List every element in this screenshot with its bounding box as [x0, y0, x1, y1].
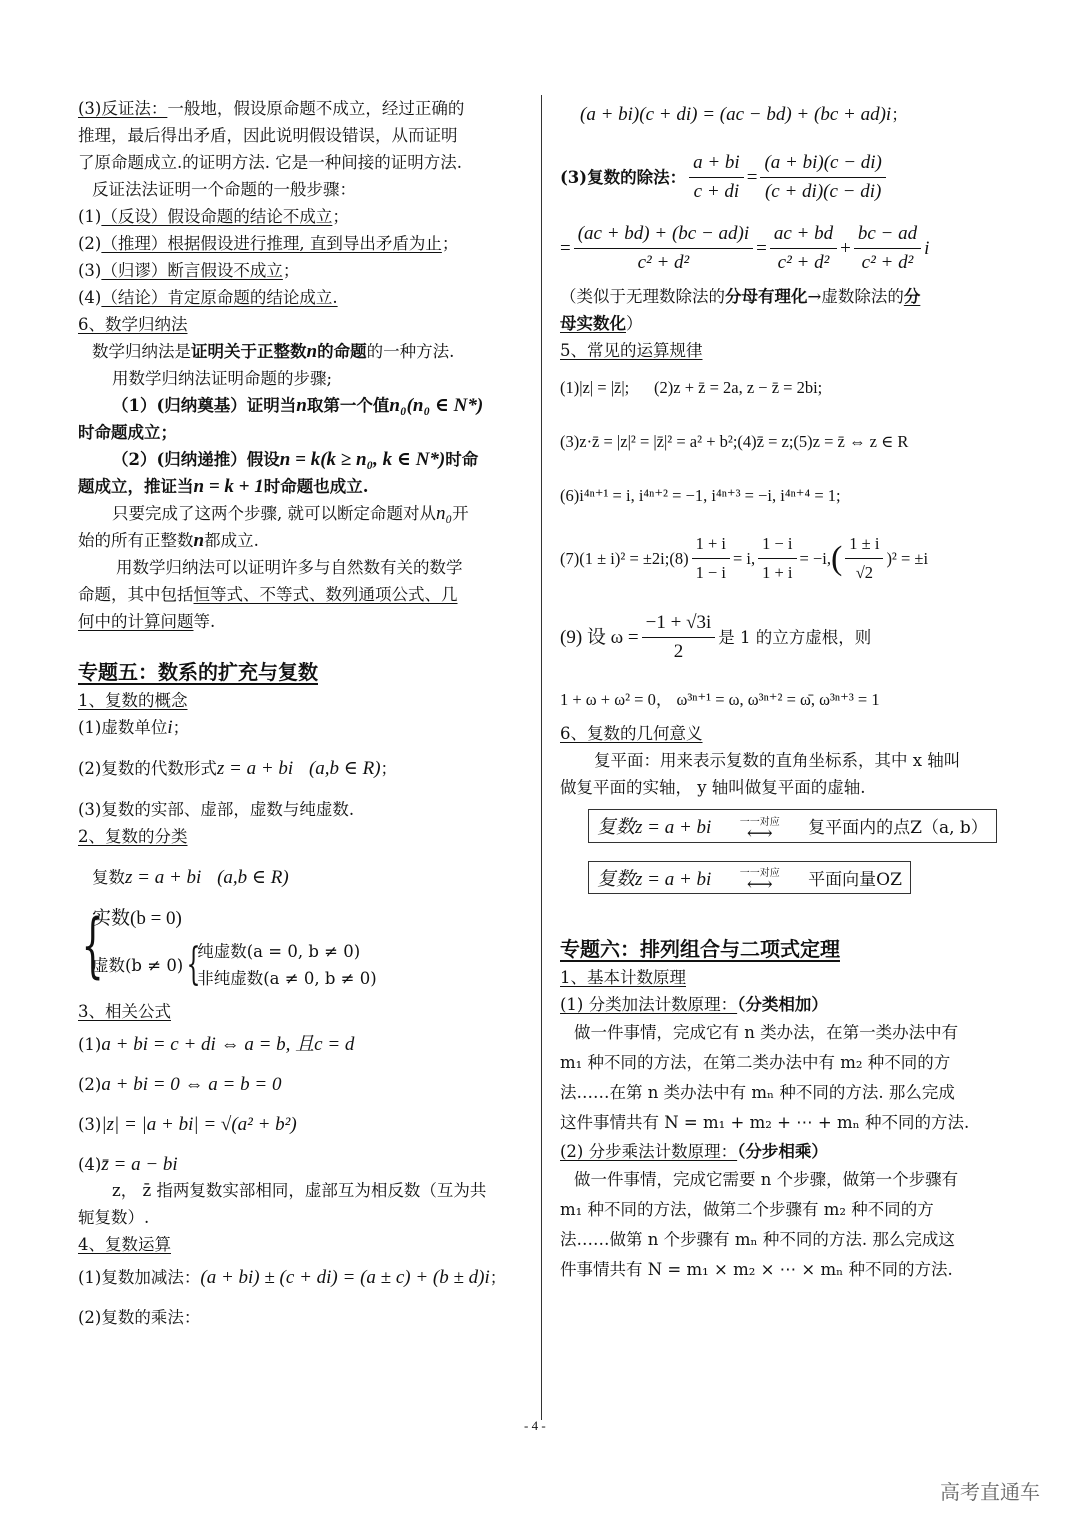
text: 虚数除法的: [821, 287, 904, 306]
text-line: 复平面：用来表示复数的直角坐标系，其中 x 轴叫: [560, 747, 1010, 774]
operation-mult-label: (2)复数的乘法：: [78, 1298, 526, 1338]
step-num: (3): [78, 261, 101, 280]
rule-6: (6)i⁴ⁿ⁺¹ = i, i⁴ⁿ⁺² = −1, i⁴ⁿ⁺³ = −i, i⁴…: [560, 476, 1010, 516]
denominator: √2: [852, 559, 877, 587]
text-line: 做复平面的实轴， y 轴叫做复平面的虚轴.: [560, 774, 1010, 801]
text-line: 用数学归纳法证明命题的步骤;: [78, 365, 526, 392]
text: 证明关于正整数: [191, 342, 307, 361]
step-2: (2)（推理）根据假设进行推理, 直到导出矛盾为止；: [78, 230, 526, 257]
step-text: （推理）根据假设进行推理, 直到导出矛盾为止: [101, 234, 442, 253]
num: (1): [78, 1035, 101, 1054]
rule-1-2: (1)|z| = |z̄|; (2)z + z̄ = 2a, z − z̄ = …: [560, 368, 1010, 408]
label: (3)复数的除法：: [560, 158, 686, 198]
num: (2): [78, 1075, 101, 1094]
fraction: (ac + bd) + (bc − ad)ic² + d²: [574, 220, 753, 277]
classification-tree: { 实数(b = 0) 虚数(b ≠ 0) { 纯虚数(a = 0, b ≠ 0…: [78, 905, 526, 992]
box: 复数z = a + bi 一一对应⟷ 复平面内的点Z（a, b）: [588, 809, 997, 843]
omega-rules: 1 + ω + ω² = 0， ω³ⁿ⁺¹ = ω, ω³ⁿ⁺² = ω̄, ω…: [560, 680, 1010, 720]
principle-1-heading: (1) 分类加法计数原理：（分类相加）: [560, 991, 1010, 1018]
text-line: 件事情共有 N = m₁ × m₂ × ⋯ × mₙ 种不同的方法.: [560, 1255, 1010, 1285]
text: 何中的计算问题: [78, 612, 194, 631]
math: n = k + 1: [194, 476, 264, 497]
fraction: (a + bi)(c − di)(c + di)(c − di): [760, 149, 885, 206]
imaginary-number: 虚数(b ≠ 0): [92, 952, 183, 979]
topic-title: 专题六：排列组合与二项式定理: [560, 934, 1010, 964]
step-end: ；: [442, 234, 459, 253]
fraction: ac + bdc² + d²: [770, 220, 837, 277]
step-text: （归谬）断言假设不成立: [101, 261, 283, 280]
non-pure-imaginary: 非纯虚数(a ≠ 0, b ≠ 0): [197, 965, 376, 992]
denominator: c + di: [690, 178, 744, 206]
text-line: m₁ 种不同的方法，做第二个步骤有 m₂ 种不同的方: [560, 1195, 1010, 1225]
text: ；: [173, 718, 190, 737]
text: 复平面内的点Z（a, b）: [808, 818, 988, 838]
denominator: c² + d²: [774, 249, 834, 277]
division-result: = (ac + bd) + (bc − ad)ic² + d² = ac + b…: [560, 220, 1010, 277]
section-heading: 1、基本计数原理: [560, 964, 1010, 991]
text: (2) 分步乘法计数原理：: [560, 1142, 737, 1161]
fraction: 1 − i1 + i: [758, 530, 796, 587]
text: （1）(归纳奠基）证明当: [112, 396, 296, 415]
arrow-icon: →: [808, 287, 822, 306]
math: n₀(n₀ ∈ N*): [389, 395, 483, 416]
math: = −i,: [800, 539, 831, 579]
math: |z| = |a + bi| = √(a² + b²): [101, 1114, 296, 1135]
section-heading: 1、复数的概念: [78, 687, 526, 714]
text: (1) 分类加法计数原理：: [560, 995, 737, 1014]
section-heading: 4、复数运算: [78, 1231, 526, 1258]
brace-icon: {: [187, 940, 194, 990]
induction-step-2: （2）(归纳递推）假设n = k(k ≥ n₀, k ∈ N*)时命: [78, 446, 526, 473]
math: (a + bi) ± (c + di) = (a ± c) + (b ± d)i: [200, 1267, 489, 1288]
text: 时命: [445, 450, 478, 469]
section-heading: 2、复数的分类: [78, 823, 526, 850]
text: ；: [891, 105, 908, 124]
text: (1)虚数单位: [78, 718, 167, 737]
concept-item-2: (2)复数的代数形式z = a + bi (a,b ∈ R)；: [78, 755, 526, 782]
text-line: 推理，最后得出矛盾，因此说明假设错误，从而证明: [78, 122, 526, 149]
section-heading: 6、复数的几何意义: [560, 720, 1010, 747]
double-arrow-icon: 一一对应⟷: [717, 869, 803, 891]
text: ）: [626, 314, 643, 333]
text: 母实数化: [560, 314, 626, 333]
rule-3-5: (3)z·z̄ = |z|² = |z̄|² = a² + b²;(4)z̄̄ …: [560, 422, 1010, 462]
eq: =: [560, 229, 571, 269]
induction-step-2-cont: 题成立，推证当n = k + 1时命题也成立.: [78, 473, 526, 500]
numerator: (ac + bd) + (bc − ad)i: [574, 220, 753, 249]
math: n = k(k ≥ n₀, k ∈ N*): [280, 449, 445, 470]
text: 题成立，推证当: [78, 477, 194, 496]
section-heading: 5、常见的运算规律: [560, 337, 1010, 364]
denominator: c² + d²: [634, 249, 694, 277]
step-end: ；: [283, 261, 300, 280]
step-num: (4): [78, 288, 101, 307]
math: )² = ±i: [886, 539, 928, 579]
text: 分: [904, 287, 921, 306]
method-title: (3)反证法：: [78, 99, 167, 118]
numerator: 1 + i: [692, 530, 730, 559]
concept-item-3: (3)复数的实部、虚部，虚数与纯虚数.: [78, 796, 526, 823]
denominator: (c + di)(c − di): [761, 178, 885, 206]
rule-9: (9) 设 ω = −1 + √3i2 是 1 的立方虚根，则: [560, 609, 1010, 666]
text: 命题，其中包括: [78, 585, 194, 604]
num: (3): [78, 1115, 101, 1134]
text: （分步相乘）: [737, 1142, 828, 1161]
text-line: 做一件事情，完成它需要 n 个步骤，做第一个步骤有: [560, 1165, 1010, 1195]
denominator: 1 + i: [758, 559, 796, 587]
text: 的一种方法.: [367, 342, 455, 361]
text-line: 母实数化）: [560, 310, 1010, 337]
fraction: 1 + i1 − i: [692, 530, 730, 587]
step-num: (2): [78, 234, 101, 253]
section-heading: 6、数学归纳法: [78, 311, 526, 338]
step-text: （结论）肯定原命题的结论成立.: [101, 288, 337, 307]
denominator: 2: [670, 638, 688, 666]
numerator: 1 − i: [758, 530, 796, 559]
denominator: c² + d²: [858, 249, 918, 277]
fraction: −1 + √3i2: [642, 609, 716, 666]
text: 是 1 的立方虚根，则: [718, 618, 871, 658]
text: 数学归纳法是: [92, 342, 191, 361]
text: 都成立.: [204, 531, 259, 550]
math: (a + bi)(c + di) = (ac − bd) + (bc + ad)…: [580, 104, 891, 125]
text-line: 命题，其中包括恒等式、不等式、数列通项公式、几: [78, 581, 526, 608]
text: ；: [490, 1268, 507, 1287]
text: 一般地，假设原命题不成立，经过正确的: [167, 99, 464, 118]
eq: =: [747, 158, 758, 198]
text: （分类相加）: [737, 995, 828, 1014]
text: 取第一个值: [307, 396, 390, 415]
step-3: (3)（归谬）断言假设不成立；: [78, 257, 526, 284]
text-line: 了原命题成立.的证明方法. 它是一种间接的证明方法.: [78, 149, 526, 176]
formula-1: (1)a + bi = c + di ⇔ a = b, 且c = d: [78, 1025, 526, 1065]
mult-formula: (a + bi)(c + di) = (ac − bd) + (bc + ad)…: [560, 95, 1010, 135]
text: 时命题也成立.: [264, 477, 369, 496]
text-line: 轭复数）.: [78, 1204, 526, 1231]
text: 开: [452, 504, 469, 523]
text-line: 何中的计算问题等.: [78, 608, 526, 635]
text-line: z， z̄ 指两复数实部相同，虚部互为相反数（互为共: [78, 1177, 526, 1204]
fraction: a + bic + di: [689, 149, 744, 206]
watermark: 高考直通车: [940, 1476, 1040, 1505]
text: 分母有理化: [725, 287, 808, 306]
numerator: −1 + √3i: [642, 609, 716, 638]
text: （类似于无理数除法的: [560, 287, 725, 306]
formula-3: (3)|z| = |a + bi| = √(a² + b²): [78, 1105, 526, 1145]
text: 复数: [92, 868, 125, 887]
math: n: [194, 530, 205, 551]
page-number: - 4 -: [524, 1418, 546, 1434]
math: n: [296, 395, 307, 416]
text: 只要完成了这两个步骤, 就可以断定命题对从: [112, 504, 436, 523]
math: a + bi = c + di ⇔ a = b, 且c = d: [101, 1034, 354, 1055]
double-arrow-icon: 一一对应⟷: [717, 818, 803, 840]
numerator: 1 ± i: [845, 530, 883, 559]
rule-7-8: (7)(1 ± i)² = ±2i;(8) 1 + i1 − i = i, 1 …: [560, 530, 1010, 587]
step-end: ；: [332, 207, 349, 226]
math: (1)|z| = |z̄|;: [560, 378, 629, 397]
text-line: m₁ 种不同的方法，在第二类办法中有 m₂ 种不同的方: [560, 1048, 1010, 1078]
classification-formula: 复数z = a + bi (a,b ∈ R): [78, 864, 526, 891]
numerator: ac + bd: [770, 220, 837, 249]
text-line: 法……做第 n 个步骤有 mₙ 种不同的方法. 那么完成这: [560, 1225, 1010, 1255]
label: (1)复数加减法：: [78, 1268, 200, 1287]
principle-2-heading: (2) 分步乘法计数原理：（分步相乘）: [560, 1138, 1010, 1165]
math: (a,b ∈ R): [309, 758, 381, 779]
math: z = a + bi: [125, 867, 201, 888]
text: 恒等式、不等式、数列通项公式、几: [194, 585, 458, 604]
step-text: （反设）假设命题的结论不成立: [101, 207, 332, 226]
box: 复数z = a + bi 一一对应⟷ 平面向量OZ: [588, 861, 911, 895]
right-column: (a + bi)(c + di) = (ac − bd) + (bc + ad)…: [560, 95, 1010, 1285]
section-heading: 3、相关公式: [78, 998, 526, 1025]
pure-imaginary: 纯虚数(a = 0, b ≠ 0): [197, 938, 376, 965]
division-note: （类似于无理数除法的分母有理化→虚数除法的分: [560, 283, 1010, 310]
induction-step-1: （1）(归纳奠基）证明当n取第一个值n₀(n₀ ∈ N*): [78, 392, 526, 419]
math: n: [307, 341, 318, 362]
proof-contradiction-intro: (3)反证法：一般地，假设原命题不成立，经过正确的: [78, 95, 526, 122]
text-line: 做一件事情，完成它有 n 类办法，在第一类办法中有: [560, 1018, 1010, 1048]
math: 复数z = a + bi: [597, 817, 711, 838]
step-num: (1): [78, 207, 101, 226]
eq: =: [756, 229, 767, 269]
math: a + bi = 0 ⇔ a = b = 0: [101, 1074, 281, 1095]
fraction: 1 ± i√2: [845, 530, 883, 587]
denominator: 1 − i: [692, 559, 730, 587]
operation-add-sub: (1)复数加减法：(a + bi) ± (c + di) = (a ± c) +…: [78, 1258, 526, 1298]
column-divider: [541, 95, 542, 1420]
left-column: (3)反证法：一般地，假设原命题不成立，经过正确的 推理，最后得出矛盾，因此说明…: [78, 95, 526, 1338]
math: z̄ = a − bi: [101, 1154, 177, 1175]
text: （2）(归纳递推）假设: [112, 450, 280, 469]
text: ；: [381, 759, 398, 778]
plus: +: [840, 229, 851, 269]
fraction: bc − adc² + d²: [854, 220, 921, 277]
numerator: (a + bi)(c − di): [760, 149, 885, 178]
step-1: (1)（反设）假设命题的结论不成立；: [78, 203, 526, 230]
induction-def: 数学归纳法是证明关于正整数n的命题的一种方法.: [78, 338, 526, 365]
math: 复数z = a + bi: [597, 869, 711, 890]
numerator: bc − ad: [854, 220, 921, 249]
topic-title: 专题五：数系的扩充与复数: [78, 657, 526, 687]
math: = i,: [733, 539, 755, 579]
correspondence-box-2: 复数z = a + bi 一一对应⟷ 平面向量OZ: [588, 861, 1010, 895]
text-line: 时命题成立；: [78, 419, 526, 446]
text: 平面向量OZ: [808, 870, 902, 890]
step-4: (4)（结论）肯定原命题的结论成立.: [78, 284, 526, 311]
text-line: 用数学归纳法可以证明许多与自然数有关的数学: [78, 554, 526, 581]
text-line: 只要完成了这两个步骤, 就可以断定命题对从n₀开: [78, 500, 526, 527]
math: (a,b ∈ R): [217, 867, 289, 888]
math: (9) 设 ω =: [560, 618, 639, 658]
real-number: 实数(b = 0): [92, 905, 377, 932]
brace-icon: {: [82, 905, 89, 992]
numerator: a + bi: [689, 149, 744, 178]
formula-2: (2)a + bi = 0 ⇔ a = b = 0: [78, 1065, 526, 1105]
num: (4): [78, 1155, 101, 1174]
text: 始的所有正整数: [78, 531, 194, 550]
text-line: 这件事情共有 N = m₁ + m₂ + ⋯ + mₙ 种不同的方法.: [560, 1108, 1010, 1138]
division-formula: (3)复数的除法： a + bic + di = (a + bi)(c − di…: [560, 149, 1010, 206]
text: 的命题: [317, 342, 367, 361]
text-line: 法……在第 n 类办法中有 mₙ 种不同的方法. 那么完成: [560, 1078, 1010, 1108]
math: z = a + bi: [217, 758, 293, 779]
math: (2)z + z̄ = 2a, z − z̄ = 2bi;: [654, 378, 822, 397]
concept-item-1: (1)虚数单位i；: [78, 714, 526, 741]
correspondence-box-1: 复数z = a + bi 一一对应⟷ 复平面内的点Z（a, b）: [588, 809, 1010, 843]
text: 等.: [194, 612, 216, 631]
math: (7)(1 ± i)² = ±2i;(8): [560, 539, 689, 579]
text: (2)复数的代数形式: [78, 759, 217, 778]
math: i: [924, 229, 929, 269]
steps-intro: 反证法法证明一个命题的一般步骤：: [78, 176, 526, 203]
text-line: 始的所有正整数n都成立.: [78, 527, 526, 554]
math: n₀: [436, 503, 452, 524]
